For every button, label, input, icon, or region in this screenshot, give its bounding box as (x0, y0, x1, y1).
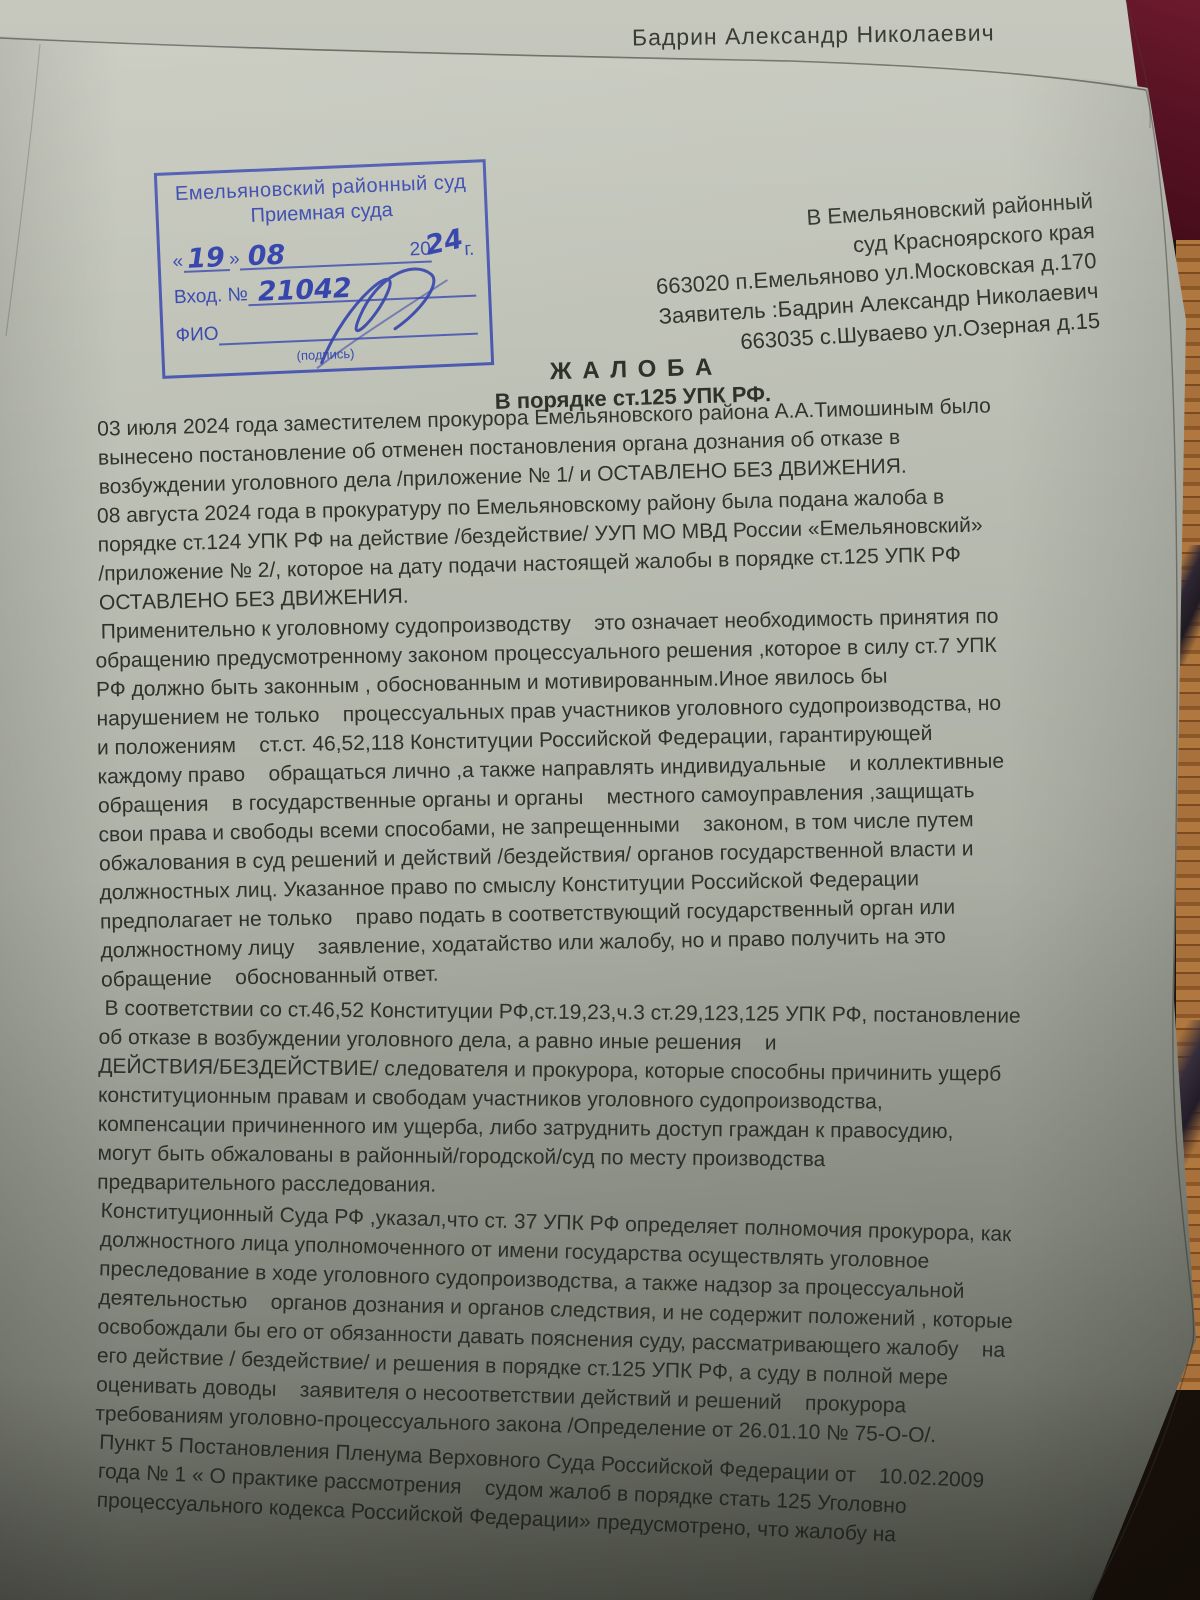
stamp-incoming-label: Вход. № (174, 284, 249, 309)
photo-of-document: Бадрин Александр Николаевич Емельяновски… (0, 0, 1200, 1600)
stamp-fio-row: ФИО (подпись) (175, 311, 478, 348)
stamp-date-month-handwritten: 08 (239, 244, 294, 270)
stamp-year-suffix: г. (464, 239, 475, 261)
body-paragraph: В соответствии со ст.46,52 Конституции Р… (97, 994, 1174, 1206)
court-reception-stamp: Емельяновский районный суд Приемная суда… (154, 159, 494, 379)
header-name: Бадрин Александр Николаевич (632, 19, 995, 51)
stamp-date-day-handwritten: 19 (183, 247, 230, 273)
body-paragraph: 08 августа 2024 года в прокуратуру по Ем… (97, 477, 1174, 617)
complaint-body: 03 июля 2024 года заместителем прокурора… (98, 414, 1173, 1516)
stamp-fio-label: ФИО (175, 323, 219, 347)
body-paragraph: Конституционный Суда РФ ,указал,что ст. … (95, 1196, 1176, 1456)
recipient-address-block: В Емельяновский районный суд Красноярско… (573, 186, 1101, 367)
body-paragraph: Применительно к уголовному судопроизводс… (95, 599, 1176, 995)
